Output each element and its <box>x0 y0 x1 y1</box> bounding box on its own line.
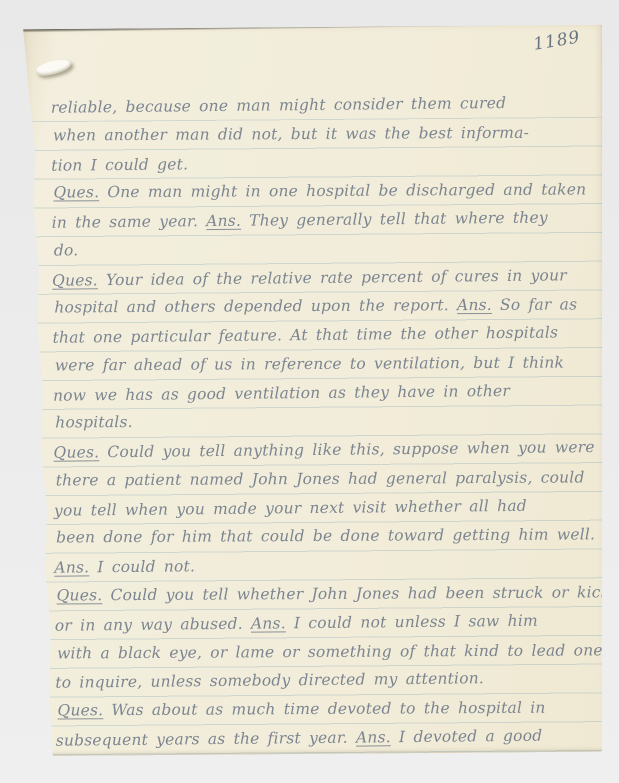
handwritten-line: Ans. I could not. <box>54 548 594 582</box>
handwriting-segment: to inquire, unless somebody directed my … <box>55 670 484 692</box>
handwriting-segment: I devoted a good <box>391 726 543 746</box>
handwritten-line: were far ahead of us in reference to ven… <box>55 348 595 380</box>
handwriting-segment: now we has as good ventilation as they h… <box>53 382 510 405</box>
handwritten-line: do. <box>54 233 594 265</box>
handwriting-segment: Could you tell whether John Jones had be… <box>102 583 619 604</box>
handwritten-line: there a patient named John Jones had gen… <box>56 463 596 495</box>
underlined-word: Ques. <box>53 443 99 461</box>
handwriting-segment: hospital and others depended upon the re… <box>54 297 457 317</box>
underlined-word: Ans. <box>356 728 391 746</box>
page-top-edge <box>17 21 619 32</box>
handwriting-segment: in the same year. <box>52 212 207 232</box>
manuscript-page: 1189 reliable, because one man might con… <box>17 25 608 757</box>
handwriting-segment: They generally tell that where they <box>241 209 548 230</box>
underlined-word: Ques. <box>53 184 99 202</box>
handwriting-segment: that one particular feature. At that tim… <box>52 324 558 347</box>
scan-background: 1189 reliable, because one man might con… <box>0 0 619 783</box>
underlined-word: Ques. <box>52 271 98 289</box>
page-number: 1189 <box>532 27 582 54</box>
handwritten-line: Ques. Could you tell whether John Jones … <box>57 578 597 610</box>
handwritten-line: Ques. Could you tell anything like this,… <box>53 433 593 467</box>
handwritten-line: Ques. Was about as much time devoted to … <box>57 693 597 725</box>
handwriting-segment: Your idea of the relative rate percent o… <box>98 266 567 289</box>
handwriting-segment: reliable, because one man might consider… <box>51 94 507 117</box>
handwriting-segment: with a black eye, or lame or something o… <box>57 641 603 662</box>
handwriting-segment: I could not. <box>89 558 195 577</box>
handwriting-segment: subsequent years as the first year. <box>56 728 356 749</box>
handwriting-segment: Could you tell anything like this, suppo… <box>99 438 595 461</box>
handwriting-segment: hospitals. <box>55 413 133 431</box>
handwriting-segment: tion I could get. <box>51 155 188 174</box>
underlined-word: Ans. <box>251 614 286 632</box>
handwriting-segment: when another man did not, but it was the… <box>53 123 529 144</box>
handwritten-line: hospitals. <box>55 406 595 438</box>
handwriting-segment: been done for him that could be done tow… <box>56 526 595 547</box>
handwriting-segment: there a patient named John Jones had gen… <box>56 468 585 489</box>
handwritten-line: to inquire, unless somebody directed my … <box>55 663 595 697</box>
handwriting-segment: I could not unless I saw him <box>286 611 538 632</box>
handwritten-line: hospital and others depended upon the re… <box>54 291 594 323</box>
handwritten-line: reliable, because one man might consider… <box>51 88 591 122</box>
underlined-word: Ans. <box>54 559 89 577</box>
handwritten-line: in the same year. Ans. They generally te… <box>52 203 592 237</box>
handwriting-segment: or in any way abused. <box>55 614 251 634</box>
underlined-word: Ques. <box>57 701 103 719</box>
handwritten-line: subsequent years as the first year. Ans.… <box>56 721 596 755</box>
handwritten-line: or in any way abused. Ans. I could not u… <box>55 606 595 640</box>
handwriting-segment: So far as <box>492 296 577 314</box>
handwritten-line: Ques. One man might in one hospital be d… <box>53 176 593 208</box>
handwriting-segment: One man might in one hospital be dischar… <box>99 181 586 202</box>
underlined-word: Ques. <box>57 586 103 604</box>
handwriting-segment: you tell when you made your next visit w… <box>54 497 527 520</box>
paper-tear-chip <box>34 57 72 79</box>
handwritten-line: when another man did not, but it was the… <box>53 118 593 150</box>
underlined-word: Ans. <box>206 212 241 230</box>
underlined-word: Ans. <box>457 296 492 314</box>
handwriting-segment: were far ahead of us in reference to ven… <box>55 353 564 374</box>
handwritten-line: that one particular feature. At that tim… <box>52 318 592 352</box>
handwritten-text: reliable, because one man might consider… <box>51 89 596 755</box>
handwriting-segment: Was about as much time devoted to the ho… <box>103 699 545 720</box>
handwriting-segment: do. <box>54 241 79 259</box>
